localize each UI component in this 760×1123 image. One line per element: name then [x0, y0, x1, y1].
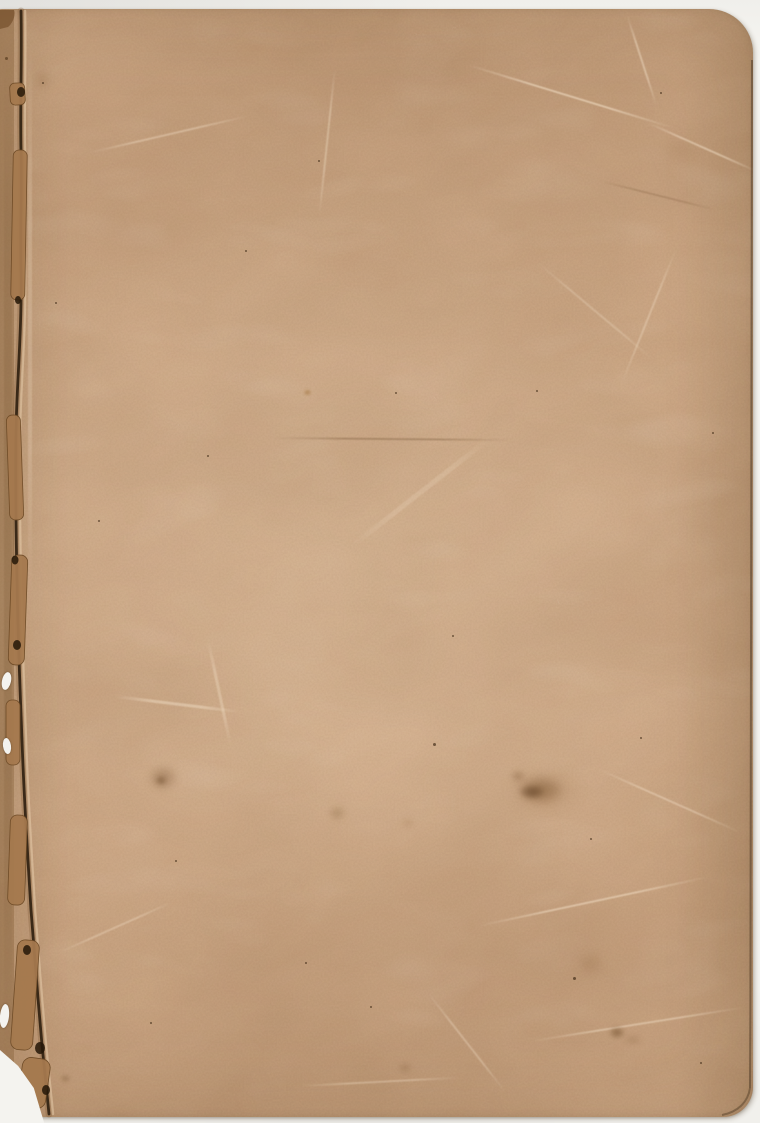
stain	[302, 388, 313, 397]
crease-highlight	[427, 992, 506, 1092]
stain	[572, 949, 608, 977]
speckle-dot	[370, 1006, 372, 1008]
crease-highlight	[537, 262, 653, 360]
crease-highlight	[88, 115, 249, 154]
stain	[620, 1034, 646, 1046]
speckle-dot	[318, 160, 320, 162]
stain	[508, 768, 528, 784]
paper-page	[0, 9, 753, 1117]
stain	[495, 759, 595, 821]
scanned-image	[0, 0, 760, 1123]
speckle-layer	[0, 9, 753, 1117]
stain	[32, 67, 52, 93]
paper-grain	[0, 9, 753, 1117]
crease-highlight	[468, 64, 674, 129]
crease-highlight	[648, 122, 753, 173]
speckle-dot	[42, 82, 44, 84]
stain	[400, 817, 416, 829]
speckle-dot	[395, 392, 397, 394]
speckle-dot	[55, 302, 57, 304]
speckle-dot	[712, 432, 714, 434]
speckle-dot	[640, 737, 642, 739]
stain	[153, 774, 169, 787]
crease-highlight	[207, 639, 232, 745]
speckle-dot	[207, 455, 209, 457]
stain	[325, 803, 349, 823]
speckle-dot	[536, 390, 538, 392]
speckle-dot	[452, 635, 454, 637]
crease-highlight	[621, 249, 677, 384]
speckle-dot	[700, 1062, 702, 1064]
speckle-dot	[573, 977, 576, 980]
speckle-dot	[590, 838, 592, 840]
crease-highlight	[598, 768, 740, 833]
crease-highlight	[532, 1006, 745, 1042]
speckle-dot	[305, 962, 307, 964]
speckle-dot	[660, 92, 662, 94]
stain	[660, 135, 700, 165]
crease-highlight	[348, 435, 493, 550]
crease-highlight	[318, 67, 336, 216]
crease-highlight	[300, 1077, 460, 1087]
crease-highlight	[478, 876, 708, 927]
crease-highlight	[115, 695, 239, 713]
stain	[396, 1061, 414, 1075]
speckle-dot	[5, 57, 8, 60]
stain	[606, 1024, 628, 1041]
stain	[143, 761, 183, 795]
crease-highlight	[626, 15, 657, 106]
crease-highlight	[58, 901, 173, 954]
speckle-dot	[150, 1022, 152, 1024]
stain	[508, 771, 572, 809]
speckle-dot	[98, 520, 100, 522]
crumple-texture	[0, 9, 753, 1117]
stain	[59, 1073, 72, 1084]
crease-shadow	[600, 180, 717, 211]
crease-shadow	[272, 437, 512, 441]
speckle-dot	[433, 743, 436, 746]
stain	[515, 782, 549, 802]
sheen-texture	[0, 9, 753, 1117]
stain-layer	[0, 9, 753, 1117]
speckle-dot	[175, 860, 177, 862]
crease-layer	[0, 9, 753, 1117]
crease-highlight	[28, 42, 32, 602]
speckle-dot	[245, 250, 247, 252]
crease-shadow	[4, 44, 12, 1064]
mottle-texture	[0, 9, 753, 1117]
